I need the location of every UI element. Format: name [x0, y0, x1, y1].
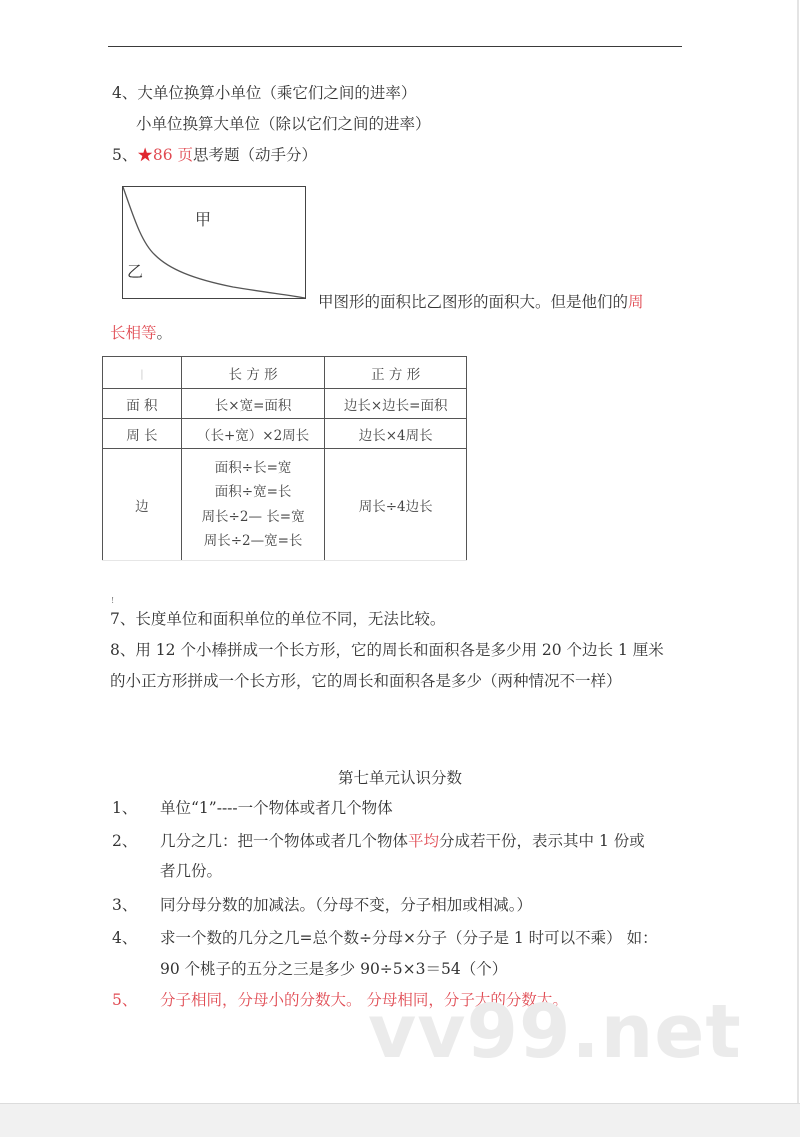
rectangle-formula: （长+宽）×2周长: [181, 419, 325, 449]
caption-highlight: 长相等: [110, 324, 157, 342]
table-header-cell: 长 方 形: [181, 357, 325, 389]
table-row: 周 长 （长+宽）×2周长 边长×4周长: [103, 419, 467, 449]
section-item-text-continued: 者几份。: [160, 861, 222, 881]
document-page: 4、大单位换算小单位（乘它们之间的进率） 小单位换算大单位（除以它们之间的进率）…: [0, 0, 799, 1103]
square-formula: 边长×4周长: [359, 428, 433, 444]
text-segment: 分成若干份，表示其中 1 份或: [439, 832, 645, 850]
page-bottom-edge: [0, 1103, 800, 1137]
watermark: vv99.net: [368, 995, 742, 1069]
section-item-number: 4、: [112, 928, 137, 948]
highlight-text: 平均: [408, 832, 439, 850]
item-5: 5、★86 页思考题（动手分）: [112, 145, 317, 165]
square-formula-cell: 边长×4周长: [325, 419, 467, 449]
region-label-yi: 乙: [127, 259, 143, 282]
rectangle-formula: 面积÷宽=长: [182, 480, 325, 505]
item-4-line-2: 小单位换算大单位（除以它们之间的进率）: [136, 114, 431, 134]
section-item-text: 求一个数的几分之几=总个数÷分母×分子（分子是 1 时可以不乘） 如：: [160, 928, 658, 948]
section-item-number: 1、: [112, 798, 137, 818]
dividing-curve: [123, 187, 305, 298]
table-header-cell: 正 方 形: [325, 357, 467, 389]
item-text: 思考题（动手分）: [193, 146, 317, 164]
section-item-text: 同分母分数的加减法。（分母不变，分子相加或相减。）: [160, 895, 532, 915]
caption-highlight: 周: [628, 293, 644, 311]
star-icon: ★: [137, 146, 153, 164]
rectangle-formula: 面积÷长=宽: [182, 456, 325, 481]
item-text: 小单位换算大单位（除以它们之间的进率）: [136, 115, 431, 133]
item-7: 7、长度单位和面积单位的单位不同，无法比较。: [110, 609, 445, 629]
table-row: 边 面积÷长=宽 面积÷宽=长 周长÷2— 长=宽 周长÷2—宽=长 周长÷4边…: [103, 449, 467, 561]
row-label: 周 长: [103, 419, 182, 449]
caption-text: 。: [157, 324, 173, 342]
item-text: 大单位换算小单位（乘它们之间的进率）: [137, 84, 416, 102]
item-4-line-1: 4、大单位换算小单位（乘它们之间的进率）: [112, 83, 416, 103]
table-row: 面 积 长×宽=面积 边长×边长=面积: [103, 389, 467, 419]
item-number: 4、: [112, 84, 137, 102]
diagram-caption-line-1: 甲图形的面积比乙图形的面积大。但是他们的周: [318, 292, 644, 312]
section-item-number: 5、: [112, 990, 137, 1010]
header-rule: [108, 46, 682, 47]
area-comparison-diagram: 甲 乙: [122, 186, 306, 299]
rectangle-formula-list: 面积÷长=宽 面积÷宽=长 周长÷2— 长=宽 周长÷2—宽=长: [181, 449, 325, 561]
region-label-jia: 甲: [195, 207, 211, 230]
text-segment: 几分之几：把一个物体或者几个物体: [160, 832, 408, 850]
item-8-line-1: 8、用 12 个小棒拼成一个长方形，它的周长和面积各是多少用 20 个边长 1 …: [110, 640, 664, 660]
section-title: 第七单元认识分数: [0, 766, 800, 788]
item-8-line-2: 的小正方形拼成一个长方形，它的周长和面积各是多少（两种情况不一样）: [110, 671, 622, 691]
square-formula: 周长÷4边长: [325, 449, 467, 561]
table-header-row: | 长 方 形 正 方 形: [103, 357, 467, 389]
rectangle-formula: 长×宽=面积: [181, 389, 325, 419]
formula-table: | 长 方 形 正 方 形 面 积 长×宽=面积 边长×边长=面积 周 长 （长…: [102, 356, 467, 561]
section-item-text: 几分之几：把一个物体或者几个物体平均分成若干份，表示其中 1 份或: [160, 831, 645, 851]
row-label: 边: [103, 449, 182, 561]
section-item-text: 单位“1”----一个物体或者几个物体: [160, 798, 393, 818]
table-header-cell: |: [140, 369, 143, 380]
row-label: 面 积: [103, 389, 182, 419]
rectangle-formula: 周长÷2—宽=长: [182, 529, 325, 554]
section-item-number: 3、: [112, 895, 137, 915]
caption-text: 甲图形的面积比乙图形的面积大。但是他们的: [318, 293, 628, 311]
stray-mark: !: [111, 596, 114, 605]
item-number: 5、: [112, 146, 137, 164]
rectangle-formula: 周长÷2— 长=宽: [182, 505, 325, 530]
diagram-caption-line-2: 长相等。: [110, 323, 172, 343]
section-item-text-continued: 90 个桃子的五分之三是多少 90÷5×3＝54（个）: [160, 959, 507, 979]
page-reference: 86 页: [153, 146, 193, 164]
section-item-number: 2、: [112, 831, 137, 851]
square-formula: 边长×边长=面积: [325, 389, 467, 419]
